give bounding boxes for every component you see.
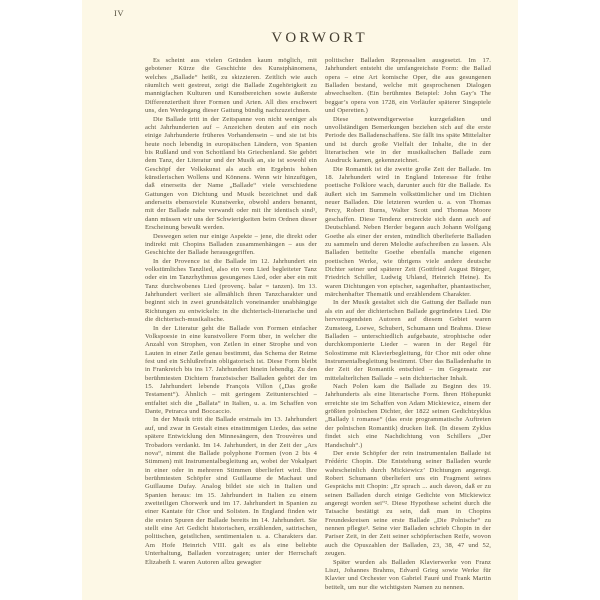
paragraph: Deswegen seien nur einige Aspekte – jene… [145,233,317,258]
book-page: IV VORWORT Es scheint aus vielen Gründen… [82,0,518,600]
page-number: IV [114,8,124,18]
paragraph: In der Provence ist die Ballade im 12. J… [145,258,317,325]
paragraph: Die Romantik ist die zweite große Zeit d… [325,166,491,300]
paragraph: In der Musik gestaltet sich die Gattung … [325,299,491,383]
paragraph: Es scheint aus vielen Gründen kaum mögli… [145,57,317,116]
text-column-left: Es scheint aus vielen Gründen kaum mögli… [145,57,317,592]
paragraph: In der Musik tritt die Ballade erstmals … [145,416,317,566]
scan-background: IV VORWORT Es scheint aus vielen Gründen… [0,0,600,600]
text-column-right: politischer Balladen Repressalien ausges… [325,57,491,592]
page-title: VORWORT [145,30,491,47]
paragraph: Diese notwendigerweise kurzgefaßten und … [325,116,491,166]
paragraph: Die Ballade tritt in der Zeitspanne von … [145,116,317,233]
preface-text: Es scheint aus vielen Gründen kaum mögli… [145,57,491,592]
paragraph: In der Literatur geht die Ballade von Fo… [145,325,317,417]
paragraph: politischer Balladen Repressalien ausges… [325,57,491,116]
paragraph: Später wurden als Balladen Klavierwerke … [325,559,491,592]
paragraph: Der erste Schöpfer der rein instrumental… [325,450,491,559]
paragraph: Nach Polen kam die Ballade zu Beginn des… [325,383,491,450]
